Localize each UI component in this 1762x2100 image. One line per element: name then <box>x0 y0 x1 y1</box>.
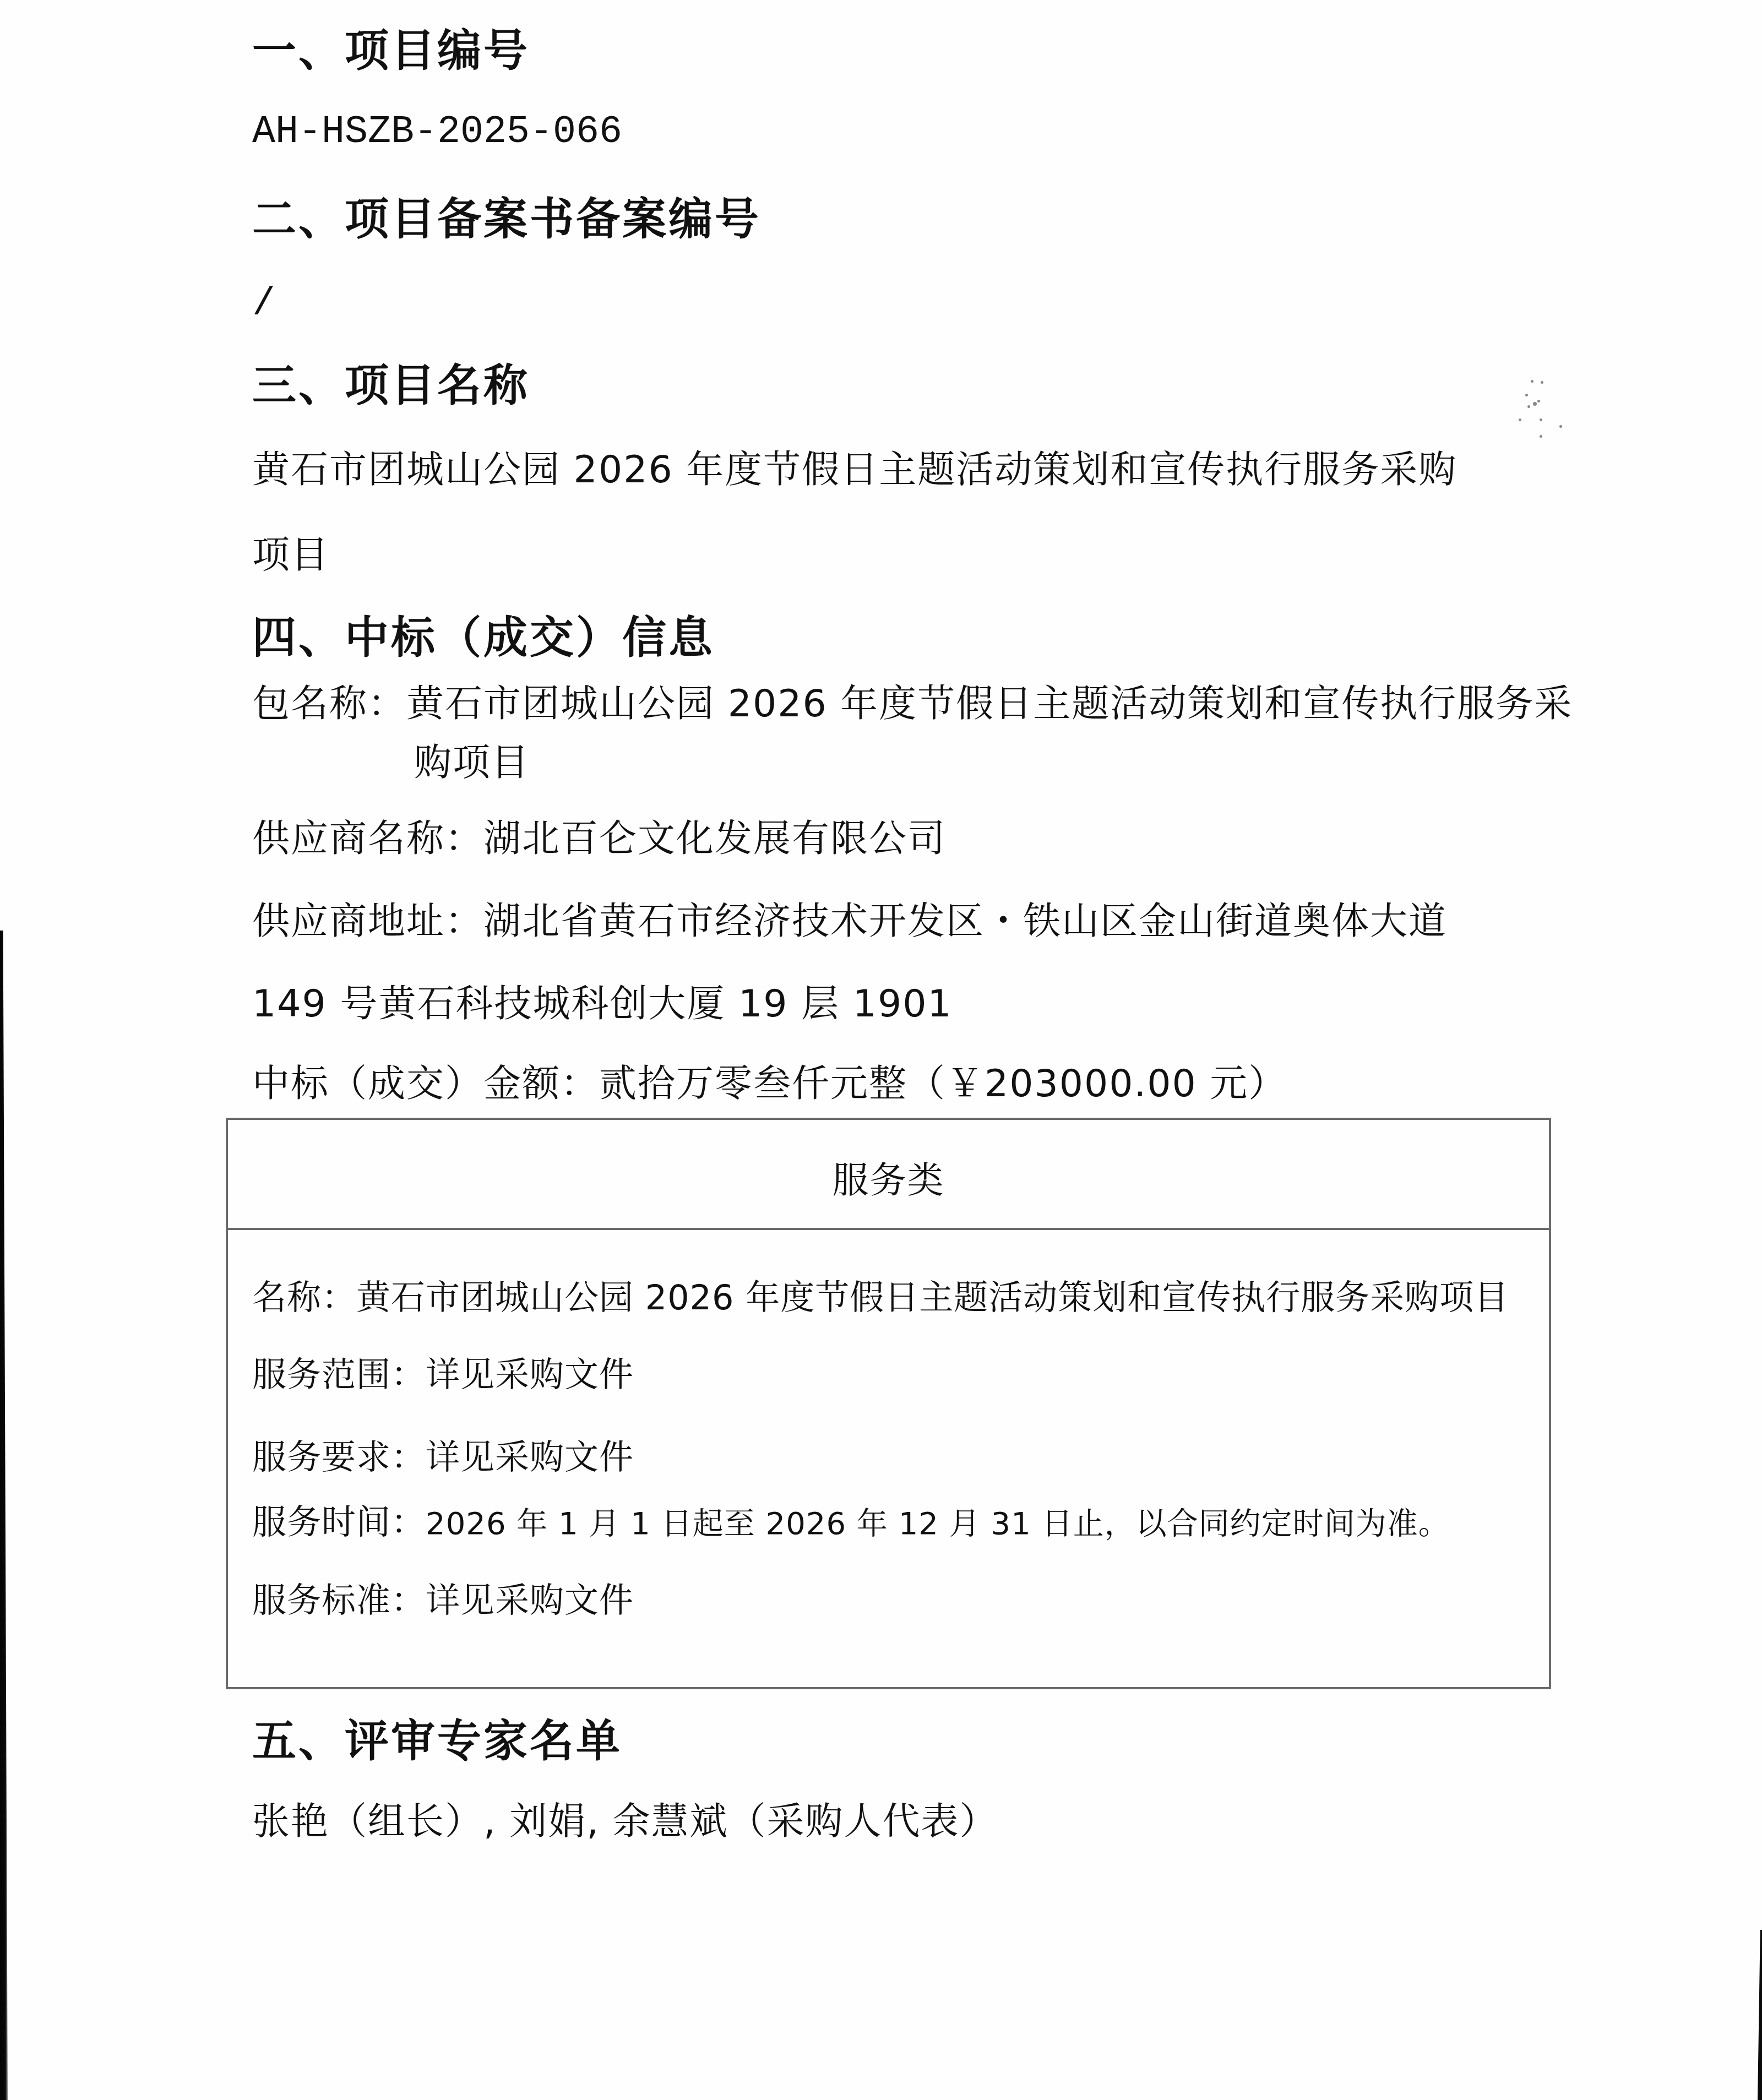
supplier-address-line2: 149 号黄石科技城科创大厦 19 层 1901 <box>252 986 953 1023</box>
section-heading-project-name: 三、项目名称 <box>252 363 530 407</box>
package-name: 包名称：黄石市团城山公园 2026 年度节假日主题活动策划和宣传执行服务采 <box>252 686 1573 723</box>
supplier-address-label: 供应商地址： <box>252 900 483 943</box>
section-heading-filing-number: 二、项目备案书备案编号 <box>252 197 761 241</box>
section-heading-award-info: 四、中标（成交）信息 <box>252 616 715 660</box>
row-label: 服务要求： <box>252 1437 426 1477</box>
row-value: 详见采购文件 <box>426 1354 634 1395</box>
row-label: 名称： <box>252 1277 356 1318</box>
section-heading-project-number: 一、项目编号 <box>252 29 530 73</box>
supplier-address: 供应商地址：湖北省黄石市经济技术开发区・铁山区金山街道奥体大道 <box>252 903 1447 940</box>
award-amount-value: 贰拾万零叁仟元整（￥203000.00 元） <box>599 1062 1287 1106</box>
row-value: 详见采购文件 <box>426 1437 634 1477</box>
table-row-time: 服务时间：2026 年 1 月 1 日起至 2026 年 12 月 31 日止，… <box>252 1505 1450 1539</box>
package-name-line2: 购项目 <box>414 744 530 782</box>
service-category-label: 服务类 <box>833 1151 945 1203</box>
supplier-name-label: 供应商名称： <box>252 817 483 861</box>
table-row-scope: 服务范围：详见采购文件 <box>252 1358 634 1392</box>
section-heading-expert-list: 五、评审专家名单 <box>252 1719 622 1763</box>
scan-speckle <box>1509 363 1569 440</box>
table-row-name: 名称：黄石市团城山公园 2026 年度节假日主题活动策划和宣传执行服务采购项目 <box>252 1281 1509 1315</box>
package-name-value: 黄石市团城山公园 2026 年度节假日主题活动策划和宣传执行服务采 <box>406 682 1573 726</box>
project-number-value: AH-HSZB-2025-066 <box>252 113 622 152</box>
package-name-label: 包名称： <box>252 682 406 726</box>
service-table: 服务类 名称：黄石市团城山公园 2026 年度节假日主题活动策划和宣传执行服务采… <box>226 1118 1551 1689</box>
award-amount: 中标（成交）金额：贰拾万零叁仟元整（￥203000.00 元） <box>252 1065 1287 1103</box>
supplier-name-value: 湖北百仑文化发展有限公司 <box>483 817 946 861</box>
scan-edge-right <box>1758 1930 1762 2100</box>
row-label: 服务标准： <box>252 1580 426 1620</box>
row-value: 2026 年 1 月 1 日起至 2026 年 12 月 31 日止，以合同约定… <box>426 1506 1450 1542</box>
project-name-line1: 黄石市团城山公园 2026 年度节假日主题活动策划和宣传执行服务采购 <box>252 451 1457 489</box>
supplier-address-value: 湖北省黄石市经济技术开发区・铁山区金山街道奥体大道 <box>483 900 1447 943</box>
document-page: 一、项目编号 AH-HSZB-2025-066 二、项目备案书备案编号 / 三、… <box>0 0 1762 2100</box>
service-table-header: 服务类 <box>228 1120 1549 1230</box>
expert-list-value: 张艳（组长）, 刘娟, 余慧斌（采购人代表） <box>252 1803 998 1841</box>
supplier-name: 供应商名称：湖北百仑文化发展有限公司 <box>252 820 946 858</box>
table-row-standard: 服务标准：详见采购文件 <box>252 1584 634 1618</box>
row-label: 服务时间： <box>252 1502 426 1542</box>
row-label: 服务范围： <box>252 1354 426 1395</box>
award-amount-label: 中标（成交）金额： <box>252 1062 599 1106</box>
project-name-line2: 项目 <box>252 537 329 574</box>
row-value: 详见采购文件 <box>426 1580 634 1620</box>
row-value: 黄石市团城山公园 2026 年度节假日主题活动策划和宣传执行服务采购项目 <box>356 1277 1509 1318</box>
table-row-requirements: 服务要求：详见采购文件 <box>252 1440 634 1475</box>
filing-number-value: / <box>252 285 275 324</box>
scan-edge-left <box>0 931 8 2100</box>
